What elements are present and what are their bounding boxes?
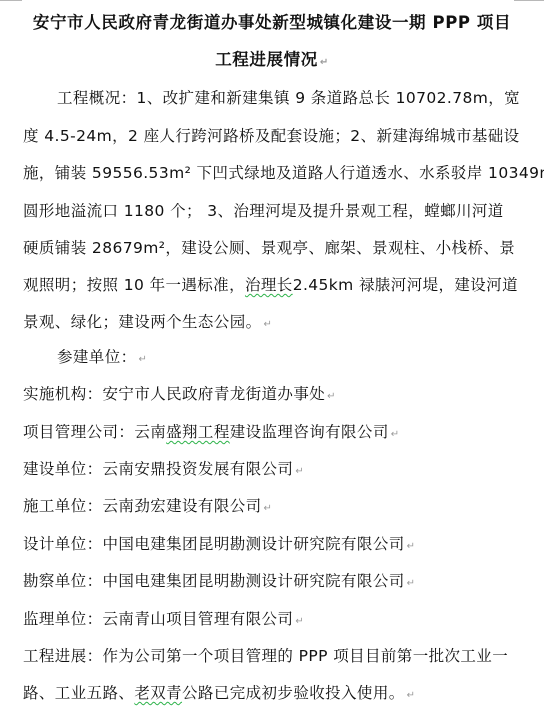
participant-label: 施工单位： [23, 497, 103, 515]
participant-label: 项目管理公司： [23, 423, 134, 441]
participants-heading: 参建单位：↵ [57, 345, 147, 367]
participant-value: 云南安鼎投资发展有限公司 [103, 460, 294, 478]
paragraph-mark-icon: ↵ [320, 57, 329, 68]
participant-label: 监理单位： [23, 610, 103, 628]
paragraph-mark-icon: ↵ [264, 503, 273, 514]
progress-line-2: 路、工业五路、老双青公路已完成初步验收投入使用。↵ [23, 681, 415, 703]
progress-line-1: 工程进展：作为公司第一个项目管理的 PPP 项目目前第一批次工业一 [23, 644, 508, 666]
paragraph-mark-icon: ↵ [407, 578, 416, 589]
participant-label: 实施机构： [23, 385, 103, 403]
paragraph-mark-icon: ↵ [264, 319, 273, 330]
page-corner-mark-left [0, 0, 22, 1]
text-segment: 观照明；按照 10 年一遇标准， [23, 276, 245, 294]
heading-text: 参建单位： [57, 348, 137, 366]
spellcheck-flag[interactable]: 老双青 [134, 684, 182, 702]
participant-value: 中国电建集团昆明勘测设计研究院有限公司 [103, 572, 405, 590]
paragraph-mark-icon: ↵ [327, 391, 336, 402]
overview-line-6: 观照明；按照 10 年一遇标准，治理长2.45km 禄脿河河堤，建设河道 [23, 273, 518, 295]
participant-designer: 设计单位：中国电建集团昆明勘测设计研究院有限公司↵ [23, 532, 415, 554]
participant-value: 云南劲宏建设有限公司 [103, 497, 262, 515]
page-corner-mark-right [514, 0, 544, 1]
paragraph-mark-icon: ↵ [407, 690, 416, 701]
overview-line-2: 度 4.5-24m，2 座人行跨河路桥及配套设施；2、新建海绵城市基础设 [23, 124, 520, 146]
paragraph-mark-icon: ↵ [139, 354, 148, 365]
text-segment: 路、工业五路、 [23, 684, 134, 702]
paragraph-mark-icon: ↵ [391, 429, 400, 440]
title-text: 安宁市人民政府青龙街道办事处新型城镇化建设一期 PPP 项目 [33, 13, 511, 32]
participant-label: 建设单位： [23, 460, 103, 478]
participant-value: 云南 [134, 423, 166, 441]
overview-line-3: 施，铺装 59556.53m² 下凹式绿地及道路人行道透水、水系驳岸 10349… [23, 161, 544, 183]
overview-line-7: 景观、绿化；建设两个生态公园。↵ [23, 310, 272, 332]
overview-line-4: 圆形地溢流口 1180 个； 3、治理河堤及提升景观工程，螳螂川河道 [23, 199, 504, 221]
participant-supervisor: 监理单位：云南青山项目管理有限公司↵ [23, 607, 304, 629]
participant-value: 中国电建集团昆明勘测设计研究院有限公司 [103, 535, 405, 553]
paragraph-mark-icon: ↵ [295, 616, 304, 627]
overview-line-5: 硬质铺装 28679m²，建设公厕、景观亭、廊架、景观柱、小栈桥、景 [23, 236, 515, 258]
document-title-line-2: 工程进展情况↵ [0, 46, 544, 70]
participant-label: 设计单位： [23, 535, 103, 553]
participant-label: 勘察单位： [23, 572, 103, 590]
participant-value: 安宁市人民政府青龙街道办事处 [103, 385, 326, 403]
participant-value: 云南青山项目管理有限公司 [103, 610, 294, 628]
paragraph-mark-icon: ↵ [295, 466, 304, 477]
participant-contractor: 施工单位：云南劲宏建设有限公司↵ [23, 494, 272, 516]
participant-construction-owner: 建设单位：云南安鼎投资发展有限公司↵ [23, 457, 304, 479]
text-segment: 2.45km 禄脿河河堤，建设河道 [293, 276, 518, 294]
text-segment: 景观、绿化；建设两个生态公园。 [23, 313, 262, 331]
participant-surveyor: 勘察单位：中国电建集团昆明勘测设计研究院有限公司↵ [23, 569, 415, 591]
participant-implementing-agency: 实施机构：安宁市人民政府青龙街道办事处↵ [23, 382, 336, 404]
spellcheck-flag[interactable]: 盛翔工程 [166, 423, 230, 441]
subtitle-text: 工程进展情况 [215, 50, 318, 69]
text-segment: 公路已完成初步验收投入使用。 [182, 684, 405, 702]
overview-line-1: 工程概况：1、改扩建和新建集镇 9 条道路总长 10702.78m，宽 [57, 86, 520, 108]
participant-project-management: 项目管理公司：云南盛翔工程建设监理咨询有限公司↵ [23, 420, 400, 442]
participant-value: 建设监理咨询有限公司 [230, 423, 389, 441]
paragraph-mark-icon: ↵ [407, 541, 416, 552]
spellcheck-flag[interactable]: 治理长 [245, 276, 293, 294]
document-title-line-1: 安宁市人民政府青龙街道办事处新型城镇化建设一期 PPP 项目 [0, 9, 544, 33]
